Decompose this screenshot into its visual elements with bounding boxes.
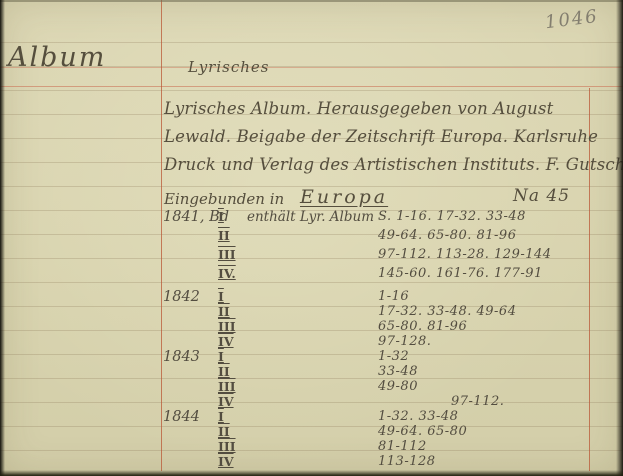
ledger-page: 1046 Album Lyrisches Lyrisches Album. He…	[0, 0, 623, 476]
holdings-row: IV97-128.	[163, 334, 593, 349]
page-ranges: 97-112. 113-28. 129-144	[378, 247, 552, 262]
holdings-row: 1843I1-32	[163, 349, 593, 364]
bound-in-title: Europa	[300, 186, 388, 208]
holdings-row: II33-48	[163, 364, 593, 379]
holdings-row: II17-32. 33-48. 49-64	[163, 304, 593, 319]
page-ranges: 97-112.	[451, 394, 504, 409]
holdings-row: IV.145-60. 161-76. 177-91	[163, 266, 593, 285]
scan-edge-right	[616, 0, 623, 476]
page-ranges: 49-80	[378, 379, 418, 394]
issue-number: I	[218, 289, 224, 304]
year-label: 1843	[163, 349, 200, 365]
holdings-group: 1842I1-16II17-32. 33-48. 49-64III65-80. …	[163, 289, 593, 349]
column-heading: Lyrisches	[188, 58, 269, 76]
issue-number: II	[218, 424, 230, 439]
holdings-row: 1842I1-16	[163, 289, 593, 304]
page-ranges: 97-128.	[378, 334, 431, 349]
holdings-group: 1844I1-32. 33-48II49-64. 65-80III81-112I…	[163, 409, 593, 469]
holdings-group: 1841, BdIenthält Lyr. AlbumS. 1-16. 17-3…	[163, 209, 593, 285]
holdings-row: III81-112	[163, 439, 593, 454]
holdings-row: 1844I1-32. 33-48	[163, 409, 593, 424]
issue-number: III	[218, 319, 236, 334]
issue-note: enthält Lyr. Album	[247, 209, 374, 225]
issue-number: I	[218, 209, 224, 224]
page-ranges: 65-80. 81-96	[378, 319, 467, 334]
shelfmark: Na 45	[513, 186, 570, 206]
page-ranges: 1-32. 33-48	[378, 409, 458, 424]
holdings-row: III65-80. 81-96	[163, 319, 593, 334]
holdings-row: III49-80	[163, 379, 593, 394]
issue-number: I	[218, 409, 224, 424]
page-ranges: 113-128	[378, 454, 436, 469]
holdings-row: II49-64. 65-80. 81-96	[163, 228, 593, 247]
page-ranges: S. 1-16. 17-32. 33-48	[378, 209, 526, 224]
entry-line-2: Lewald. Beigabe der Zeitschrift Europa. …	[164, 123, 586, 151]
issue-number: III	[218, 247, 236, 262]
issue-number: I	[218, 349, 224, 364]
binding-prefix: Eingebunden in	[164, 190, 284, 208]
scan-edge-bottom	[0, 470, 623, 476]
entry-line-3: Druck und Verlag des Artistischen Instit…	[164, 151, 586, 179]
year-label: 1842	[163, 289, 200, 305]
margin-heading: Album	[8, 42, 106, 73]
issue-number: IV	[218, 454, 234, 469]
issue-number: III	[218, 439, 236, 454]
year-label: 1844	[163, 409, 200, 425]
page-ranges: 49-64. 65-80	[378, 424, 467, 439]
holdings-group: 1843I1-32II33-48III49-80IV97-112.	[163, 349, 593, 409]
holdings-row: IV97-112.	[163, 394, 593, 409]
holdings-row: II49-64. 65-80	[163, 424, 593, 439]
issue-number: III	[218, 379, 236, 394]
issue-number: II	[218, 228, 230, 243]
scan-edge-top	[0, 0, 623, 2]
page-ranges: 17-32. 33-48. 49-64	[378, 304, 516, 319]
page-ranges: 49-64. 65-80. 81-96	[378, 228, 516, 243]
issue-number: IV	[218, 394, 234, 409]
issue-number: IV	[218, 334, 234, 349]
left-column-rule	[161, 0, 162, 471]
scan-edge-left	[0, 0, 5, 476]
page-ranges: 145-60. 161-76. 177-91	[378, 266, 543, 281]
entry-line-1: Lyrisches Album. Herausgegeben von Augus…	[164, 95, 586, 123]
issue-number: II	[218, 364, 230, 379]
issue-number: II	[218, 304, 230, 319]
issue-number: IV.	[218, 266, 236, 281]
page-ranges: 81-112	[378, 439, 427, 454]
holdings-row: 1841, BdIenthält Lyr. AlbumS. 1-16. 17-3…	[163, 209, 593, 228]
page-ranges: 33-48	[378, 364, 418, 379]
holdings-row: IV113-128	[163, 454, 593, 469]
header-rule-bottom	[0, 86, 623, 87]
page-ranges: 1-16	[378, 289, 409, 304]
page-ranges: 1-32	[378, 349, 409, 364]
catalog-entry: Lyrisches Album. Herausgegeben von Augus…	[164, 95, 586, 179]
holdings-row: III97-112. 113-28. 129-144	[163, 247, 593, 266]
